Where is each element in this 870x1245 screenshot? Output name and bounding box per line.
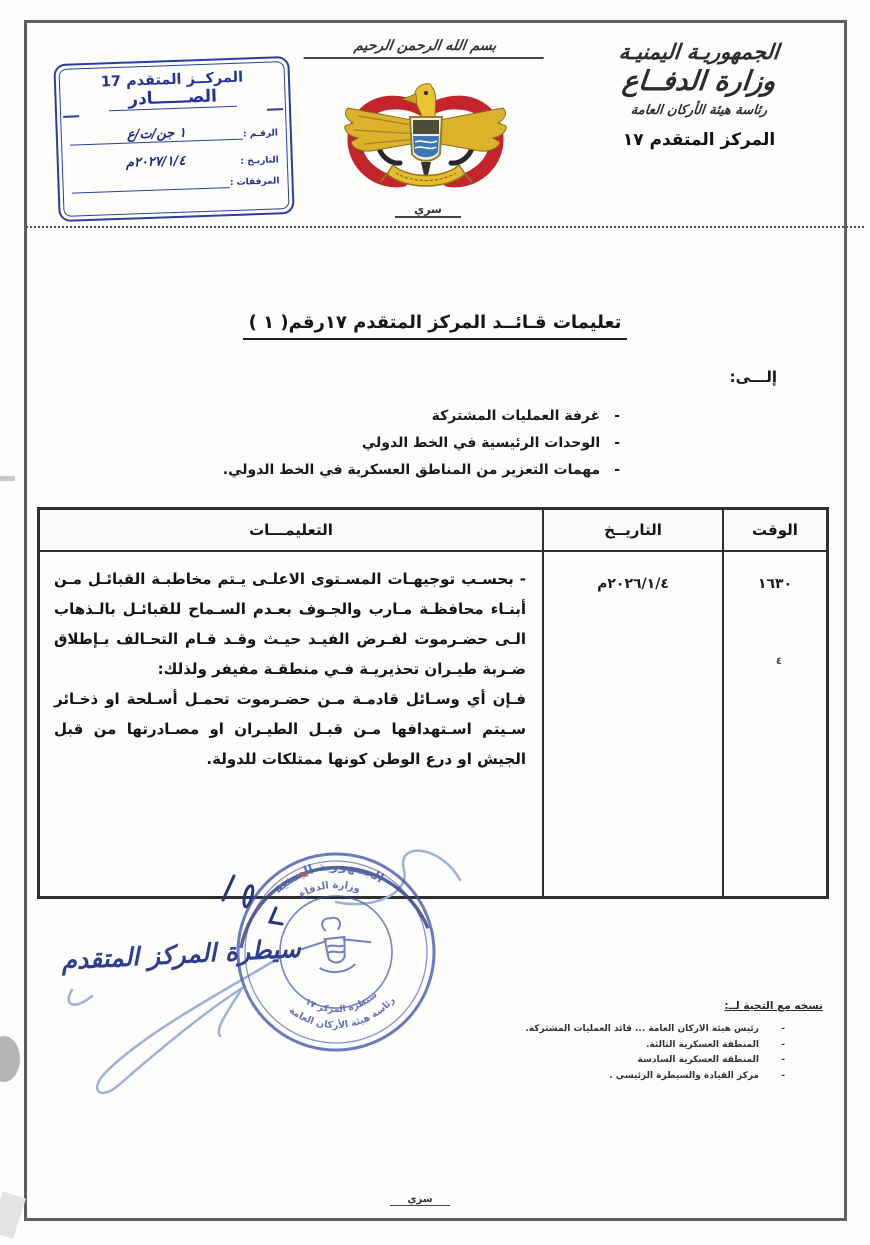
yemen-emblem-icon (338, 70, 513, 205)
official-round-stamp: الجمهورية اليمنية وزارة الدفاع رئاسة هيئ… (220, 836, 453, 1069)
stamp-number-value: ١ جن/ت/ع (70, 124, 244, 146)
stamp-date-value: ٢٠٢٧/١/٤م (71, 152, 241, 173)
header-date: التاريــخ (543, 509, 723, 551)
scan-artifact (299, 872, 308, 877)
stamp-dash-left (63, 115, 79, 118)
document-title: تعليمات قـائــد المركز المتقدم ١٧رقم( ١ … (0, 312, 870, 340)
cc-label: نسخه مع التحية لــ: (493, 1000, 823, 1012)
instructions-paragraph-2: فـإن أي وسـائل قادمـة مـن حضـرموت تحمـل … (54, 684, 526, 774)
table-header-row: الوقت التاريــخ التعليمـــات (39, 509, 827, 551)
scan-artifact (0, 1036, 20, 1082)
stamp-outgoing-label: الصــــــادر (108, 86, 237, 111)
to-label: إلـــى: (730, 368, 777, 386)
header-time: الوقت (723, 509, 827, 551)
to-item: -غرفة العمليات المشتركة (200, 403, 620, 430)
header-instructions: التعليمـــات (39, 509, 543, 551)
classification-bottom: سري (390, 1194, 450, 1206)
letterhead-republic: الجمهوريـة اليمنيـة (553, 40, 846, 64)
letterhead-ministry: وزارة الدفــاع (552, 66, 845, 97)
instructions-paragraph-1: - بحسـب توجيهـات المسـتوى الاعلـى يـتم م… (54, 564, 526, 684)
scan-artifact (0, 1191, 26, 1238)
stamp-attachments-label: المرفقات : (230, 176, 280, 188)
cell-time: ١٦٣٠ ٤ (723, 551, 827, 897)
classification-top: سري (395, 203, 461, 218)
letterhead-center-17: المركز المتقدم ١٧ (554, 130, 844, 150)
stamp-number-label: الرقـم : (243, 128, 278, 139)
dotted-separator (26, 226, 864, 228)
stamp-eagle-icon (297, 914, 374, 976)
cc-item: -رئيس هيئة الاركان العامة ... قائد العمل… (493, 1022, 823, 1038)
emblem-shield (410, 117, 442, 161)
scanned-document: الجمهوريـة اليمنيـة وزارة الدفــاع رئاسة… (0, 0, 870, 1245)
cc-item: -مركز القيادة والسيطرة الرئيسي . (493, 1069, 823, 1085)
to-list: -غرفة العمليات المشتركة -الوحدات الرئيسي… (200, 403, 620, 484)
stamp-date-label: التاريـخ : (240, 155, 279, 166)
cc-item: -المنطقة العسكرية الثالثة. (493, 1038, 823, 1054)
scan-artifact (0, 476, 15, 481)
bismillah-calligraphy: بسم الله الرحمن الرحيم (304, 38, 547, 59)
to-item: -الوحدات الرئيسية في الخط الدولي (200, 430, 620, 457)
outgoing-stamp-box: المركــز المتقدم 17 الصــــــادر الرقـم … (53, 56, 294, 222)
letterhead-general-staff: رئاسة هيئة الأركان العامة (553, 103, 845, 118)
stamp-dash-right (267, 108, 283, 111)
letterhead: الجمهوريـة اليمنيـة وزارة الدفــاع رئاسة… (554, 40, 844, 150)
cc-item: -المنطقة العسكرية السادسة (493, 1053, 823, 1069)
to-item: -مهمات التعزير من المناطق العسكرية في ال… (200, 457, 620, 484)
stamp-attachments-value (72, 187, 230, 194)
stray-mark: ٤ (776, 656, 782, 667)
cc-section: نسخه مع التحية لــ: -رئيس هيئة الاركان ا… (493, 1000, 823, 1084)
